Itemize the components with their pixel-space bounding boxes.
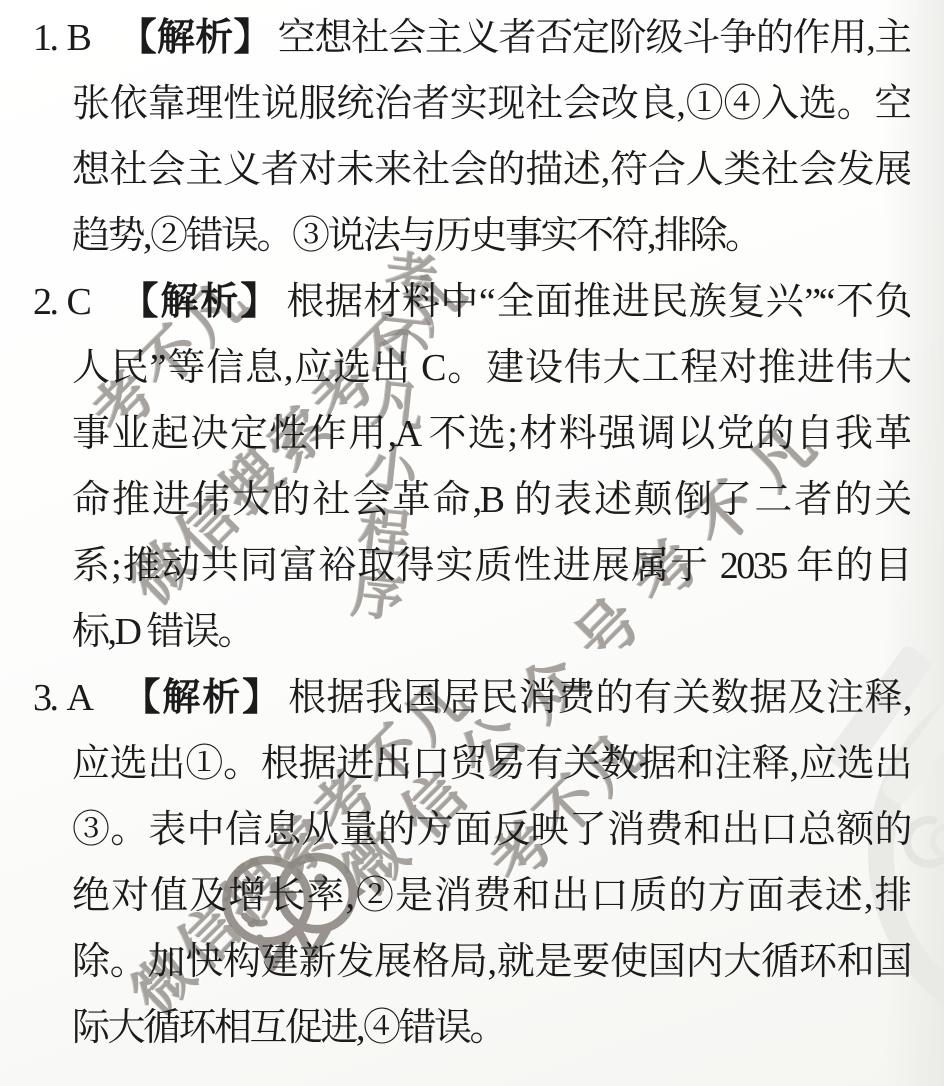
item-3-line-3: ③。表中信息从量的方面反映了消费和出口总额的 (72, 797, 910, 863)
scanned-answer-page: 考不凡 微信搜索考不凡 考不凡小程序 微信公众号考不凡 考不凡 微信搜索考不凡 … (0, 0, 944, 1086)
analysis-tag: 【解析】 (119, 677, 282, 719)
answer-item-1: 1.B【解析】空想社会主义者否定阶级斗争的作用,主 张依靠理性说服统治者实现社会… (33, 5, 910, 269)
answer-item-3: 3.A【解析】根据我国居民消费的有关数据及注释, 应选出①。根据进出口贸易有关数… (33, 665, 910, 1061)
item-3-line-5: 除。加快构建新发展格局,就是要使国内大循环和国 (72, 929, 910, 995)
item-1-line-4: 趋势,②错误。③说法与历史事实不符,排除。 (72, 203, 910, 269)
item-1-line-2: 张依靠理性说服统治者实现社会改良,①④入选。空 (72, 71, 910, 137)
item-2-line-1: 2.C【解析】根据材料中“全面推进民族复兴”“不负 (33, 269, 910, 335)
item-3-line-2: 应选出①。根据进出口贸易有关数据和注释,应选出 (72, 731, 910, 797)
item-3-line-4: 绝对值及增长率,②是消费和出口质的方面表述,排 (72, 863, 910, 929)
item-3-line-1: 3.A【解析】根据我国居民消费的有关数据及注释, (33, 665, 910, 731)
item-2-line-4: 命推进伟大的社会革命,B 的表述颠倒了二者的关 (72, 467, 910, 533)
analysis-tag: 【解析】 (117, 17, 271, 59)
explanation-text: 根据材料中“全面推进民族复兴”“不负 (286, 281, 910, 323)
item-2-line-6: 标,D 错误。 (72, 599, 910, 665)
answer-item-2: 2.C【解析】根据材料中“全面推进民族复兴”“不负 人民”等信息,应选出 C。建… (33, 269, 910, 665)
question-number: 2. (33, 281, 57, 323)
explanation-text: 根据我国居民消费的有关数据及注释, (288, 677, 910, 719)
answer-letter: C (67, 281, 90, 323)
answer-letter: A (67, 677, 92, 719)
item-2-line-3: 事业起决定性作用,A 不选;材料强调以党的自我革 (72, 401, 910, 467)
answer-explanations: 1.B【解析】空想社会主义者否定阶级斗争的作用,主 张依靠理性说服统治者实现社会… (33, 5, 910, 1061)
item-2-line-2: 人民”等信息,应选出 C。建设伟大工程对推进伟大 (72, 335, 910, 401)
item-2-line-5: 系;推动共同富裕取得实质性进展属于 2035 年的目 (72, 533, 910, 599)
item-3-line-6: 际大循环相互促进,④错误。 (72, 995, 910, 1061)
question-number: 3. (33, 677, 57, 719)
explanation-text: 空想社会主义者否定阶级斗争的作用,主 (278, 17, 910, 59)
question-number: 1. (33, 17, 57, 59)
item-1-line-3: 想社会主义者对未来社会的描述,符合人类社会发展 (72, 137, 910, 203)
item-1-line-1: 1.B【解析】空想社会主义者否定阶级斗争的作用,主 (33, 5, 910, 71)
analysis-tag: 【解析】 (117, 281, 280, 323)
answer-letter: B (67, 17, 90, 59)
